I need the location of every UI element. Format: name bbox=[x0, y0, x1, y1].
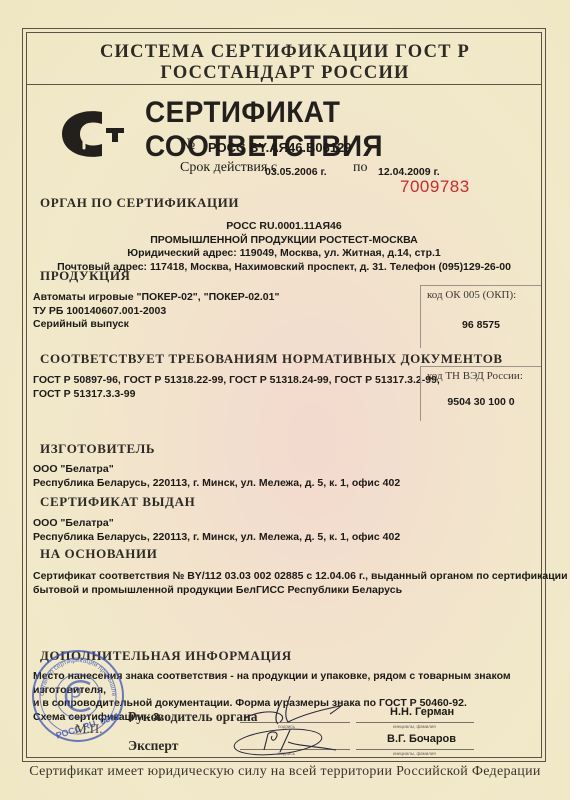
system-title-line2: ГОССТАНДАРТ РОССИИ bbox=[0, 63, 570, 84]
serial-number: 7009783 bbox=[400, 177, 470, 197]
validity-label: Срок действия с bbox=[180, 160, 277, 176]
basis-heading: НА ОСНОВАНИИ bbox=[40, 546, 157, 562]
standards-heading: СООТВЕТСТВУЕТ ТРЕБОВАНИЯМ НОРМАТИВНЫХ ДО… bbox=[40, 351, 503, 367]
valid-to-label: по bbox=[353, 160, 368, 176]
basis-line-2: бытовой и промышленной продукции БелГИСС… bbox=[33, 584, 568, 598]
cert-body-code: РОСС RU.0001.11АЯ46 bbox=[26, 220, 542, 234]
cert-body-name: ПРОМЫШЛЕННОЙ ПРОДУКЦИИ РОСТЕСТ-МОСКВА bbox=[26, 234, 542, 248]
product-name: Автоматы игровые "ПОКЕР-02", "ПОКЕР-02.0… bbox=[33, 291, 279, 305]
certification-body-details: РОСС RU.0001.11АЯ46 ПРОМЫШЛЕННОЙ ПРОДУКЦ… bbox=[26, 220, 542, 274]
expert-signature-icon bbox=[228, 724, 348, 758]
head-name: Н.Н. Герман bbox=[390, 706, 454, 718]
manufacturer-heading: ИЗГОТОВИТЕЛЬ bbox=[40, 441, 155, 457]
certification-body-heading: ОРГАН ПО СЕРТИФИКАЦИИ bbox=[40, 195, 239, 211]
header-divider bbox=[26, 84, 542, 85]
expert-label: Эксперт bbox=[128, 738, 178, 754]
basis-line-1: Сертификат соответствия № BY/112 03.03 0… bbox=[33, 570, 568, 584]
head-name-caption: инициалы, фамилия bbox=[393, 724, 436, 729]
head-name-line bbox=[356, 722, 474, 723]
issued-to-details: ООО "Белатра" Республика Беларусь, 22011… bbox=[33, 517, 400, 544]
certificate-number: РОСС BY.АЯ46.В06129 bbox=[208, 140, 352, 155]
issued-to-address: Республика Беларусь, 220113, г. Минск, у… bbox=[33, 531, 400, 545]
tnved-code-value: 9504 30 100 0 bbox=[421, 396, 541, 408]
okp-code-box: код ОК 005 (ОКП): 96 8575 bbox=[420, 285, 541, 348]
system-title-line1: СИСТЕМА СЕРТИФИКАЦИИ ГОСТ Р bbox=[0, 42, 570, 63]
issued-to-heading: СЕРТИФИКАТ ВЫДАН bbox=[40, 494, 195, 510]
manufacturer-name: ООО "Белатра" bbox=[33, 463, 400, 477]
stamp-place-label: М.П. bbox=[75, 721, 102, 737]
okp-code-value: 96 8575 bbox=[421, 319, 541, 331]
expert-name-caption: инициалы, фамилия bbox=[393, 751, 436, 756]
manufacturer-details: ООО "Белатра" Республика Беларусь, 22011… bbox=[33, 463, 400, 490]
rst-logo-icon bbox=[62, 110, 126, 158]
standards-line-2: ГОСТ Р 51317.3.3-99 bbox=[33, 388, 440, 402]
product-spec: ТУ РБ 100140607.001-2003 bbox=[33, 305, 279, 319]
number-label: № bbox=[180, 136, 195, 154]
okp-code-label: код ОК 005 (ОКП): bbox=[427, 289, 541, 301]
manufacturer-address: Республика Беларусь, 220113, г. Минск, у… bbox=[33, 477, 400, 491]
tnved-code-box: код ТН ВЭД России: 9504 30 100 0 bbox=[420, 366, 541, 421]
standards-line-1: ГОСТ Р 50897-96, ГОСТ Р 51318.22-99, ГОС… bbox=[33, 374, 440, 388]
product-details: Автоматы игровые "ПОКЕР-02", "ПОКЕР-02.0… bbox=[33, 291, 279, 332]
tnved-code-label: код ТН ВЭД России: bbox=[427, 370, 541, 382]
product-production-type: Серийный выпуск bbox=[33, 318, 279, 332]
expert-name-line bbox=[356, 749, 474, 750]
system-title: СИСТЕМА СЕРТИФИКАЦИИ ГОСТ Р ГОССТАНДАРТ … bbox=[0, 42, 570, 84]
head-signature-icon bbox=[240, 692, 350, 726]
head-of-body-label: Руководитель органа bbox=[128, 709, 258, 725]
product-heading: ПРОДУКЦИЯ bbox=[40, 268, 131, 284]
legal-validity-note: Сертификат имеет юридическую силу на все… bbox=[0, 764, 570, 780]
expert-name: В.Г. Бочаров bbox=[387, 733, 456, 745]
issued-to-name: ООО "Белатра" bbox=[33, 517, 400, 531]
svg-text:Орган по сертификации промышле: Орган по сертификации промышленной проду… bbox=[30, 648, 117, 697]
basis-details: Сертификат соответствия № BY/112 03.03 0… bbox=[33, 570, 568, 597]
valid-from: 03.05.2006 г. bbox=[265, 166, 327, 178]
standards-list: ГОСТ Р 50897-96, ГОСТ Р 51318.22-99, ГОС… bbox=[33, 374, 440, 401]
cert-body-legal-address: Юридический адрес: 119049, Москва, ул. Ж… bbox=[26, 247, 542, 261]
